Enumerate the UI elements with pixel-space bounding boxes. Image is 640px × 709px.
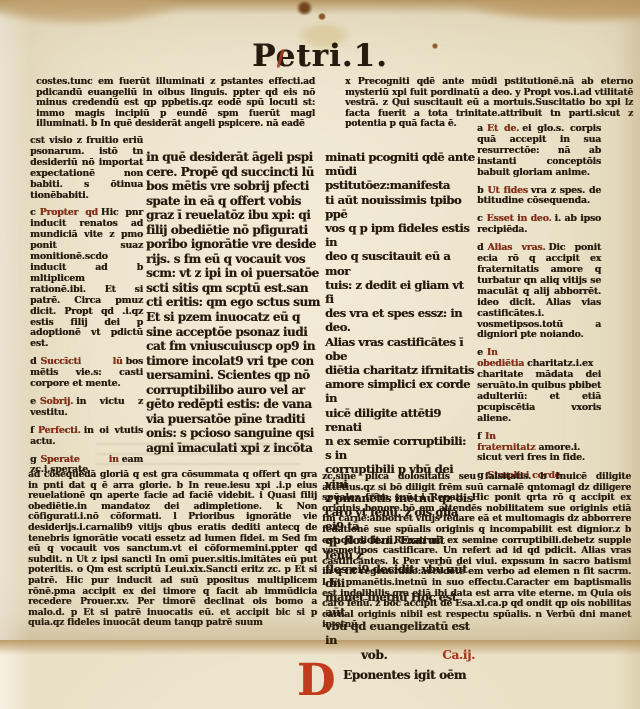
gloss-paragraph: cst visio z fruitio eriū psonarum. istō …: [30, 136, 143, 201]
gloss-marker-letter: c: [477, 213, 483, 224]
gloss-marker-letter: a: [477, 123, 483, 134]
gloss-marker-letter: d: [30, 356, 36, 367]
gloss-paragraph: eSobrij.in victu z vestitu.: [30, 397, 143, 419]
gloss-marker-letter: f: [477, 431, 481, 442]
gloss-paragraph: aEt de.ei glo.s. corpis quā accepit in s…: [477, 124, 601, 179]
gloss-text: cst visio z fruitio eriū psonarum. istō …: [30, 135, 143, 201]
gloss-lemma: Ut fides: [487, 185, 527, 196]
gloss-lemma: In obediētia: [477, 347, 524, 369]
gloss-marker-letter: d: [477, 242, 483, 253]
fox-spot-small: [318, 13, 326, 20]
gloss-text: Dic ponit ecia rō q accipit ex fraternit…: [477, 242, 601, 340]
right-gloss-column: aEt de.ei glo.s. corpis quā accepit in s…: [477, 124, 601, 489]
gloss-paragraph: bUt fidesvra z spes. de btitudine cōsequ…: [477, 186, 601, 208]
gloss-paragraph: cEsset in deo.i. ab ipso recipiēda.: [477, 214, 601, 236]
top-right-toning-stain: [470, 0, 640, 22]
top-left-toning-stain: [0, 0, 176, 24]
gloss-marker-letter: c: [30, 207, 36, 218]
gloss-lemma: Alias vras.: [487, 242, 545, 253]
gloss-paragraph: fPerfecti.in oi vtutis actu.: [30, 426, 143, 448]
incunabula-page: Petri.1. costes.tunc em fuerūt illuminat…: [0, 0, 640, 640]
gloss-lemma: Sperate in: [40, 454, 118, 465]
bottom-right-gloss-block: zc.sine plica dolositatis seu falsitatis…: [322, 472, 631, 631]
running-title: Petri.1.: [0, 38, 640, 74]
gloss-paragraph: dAlias vras.Dic ponit ecia rō q accipit …: [477, 243, 601, 341]
gloss-paragraph: cPropter qdHic pnr inducit renatos ad mu…: [30, 208, 143, 350]
fox-spot-large: [296, 1, 313, 15]
gloss-paragraph: fIn fraternitatzamore.i. sicut veri fres…: [477, 432, 601, 465]
gloss-lemma: Et de.: [487, 123, 519, 134]
gloss-marker-letter: e: [477, 347, 483, 358]
gloss-marker-letter: f: [30, 425, 34, 436]
gloss-marker-letter: g: [30, 454, 36, 465]
gloss-lemma: Succīcti lū: [40, 356, 122, 367]
gloss-lemma: Propter qd: [40, 207, 98, 218]
top-left-gloss-block: costes.tunc em fuerūt illuminati z pstan…: [36, 77, 315, 130]
gloss-lemma: Sobrij.: [40, 396, 73, 407]
gloss-paragraph: dSuccīcti lūbos mētis vie.s: casti corpo…: [30, 357, 143, 390]
bottom-left-gloss-block: ad cōsequēdā gloriā q est gra cōsummata …: [28, 470, 317, 629]
gloss-lemma: Perfecti.: [38, 425, 81, 436]
gloss-marker-letter: e: [30, 396, 36, 407]
gloss-lemma: In fraternitatz: [477, 431, 535, 453]
left-gloss-column: cst visio z fruitio eriū psonarum. istō …: [30, 136, 143, 483]
bible-text-column-left: in quē desiderāt āgeli pspi cere. Propē …: [146, 150, 323, 455]
gloss-paragraph: eIn obediētiacharitatz.i.ex charitate mā…: [477, 348, 601, 424]
gloss-lemma: Esset in deo.: [487, 213, 552, 224]
gloss-marker-letter: b: [477, 185, 483, 196]
gloss-text: Hic pnr inducit renatos ad mundiciā vite…: [30, 207, 143, 349]
